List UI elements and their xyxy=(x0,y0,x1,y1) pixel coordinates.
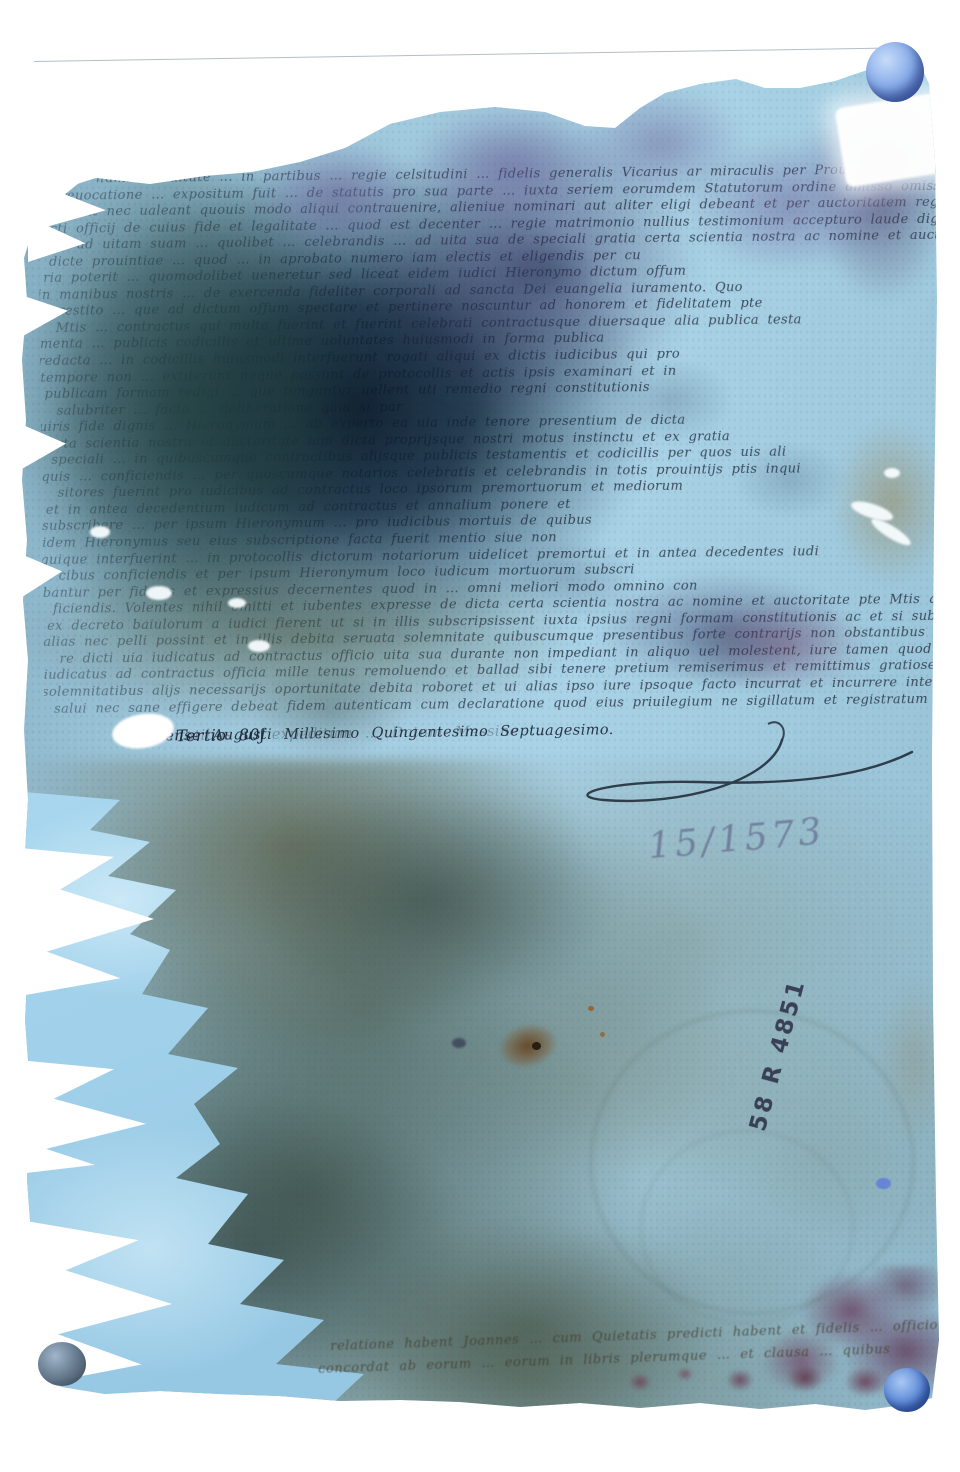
manuscript-line: prestito … que ad dictum offum spectare … xyxy=(50,294,940,321)
manuscript-line: alias nec pelli possint et in illis debi… xyxy=(43,625,943,652)
lower-dark-zone xyxy=(0,760,960,1472)
manuscript-line: sitores fuerint pro iudicibus ad contrac… xyxy=(58,476,942,503)
manuscript-line: Mtis … contractus qui multa fuerint et f… xyxy=(56,311,940,338)
stain-tan-right xyxy=(833,420,948,585)
stain-teal-left xyxy=(16,150,366,670)
dateline-main: Mense Augusti Millesimo Quingentesimo Se… xyxy=(150,721,614,745)
lower-olive-zone xyxy=(0,760,960,1472)
ink-spot xyxy=(588,1006,594,1011)
signature-flourish xyxy=(520,700,920,820)
annotation-folio-number: 15/1573 xyxy=(647,812,827,867)
paper-fleck xyxy=(849,498,895,525)
manuscript-line: humili seruitute … in partibus … regie c… xyxy=(96,162,938,188)
paper-fleck xyxy=(248,640,270,652)
manuscript-line: subscribere … per ipsum Hieronymum … pro… xyxy=(42,509,942,536)
manuscript-line: publicam formam redigi … que tanguntur u… xyxy=(44,377,940,404)
manuscript-line: tempore non … extiterunt neque possunt d… xyxy=(40,360,940,387)
ink-spot xyxy=(452,1038,466,1048)
manuscript-line: cibus conficiendis et per ipsum Hieronym… xyxy=(59,559,943,586)
manuscript-line: salubriter … facta … deliberatione quia … xyxy=(57,393,941,420)
glare-highlight xyxy=(834,92,951,188)
stain-speckle xyxy=(30,150,930,780)
manuscript-line: dicte prouintiae … quod … in aprobato nu… xyxy=(49,245,939,272)
manuscript-line: uiris fide dignis … Hieronymum … ab expe… xyxy=(39,410,941,437)
ink-spot xyxy=(600,1032,605,1037)
stain-mid-blob xyxy=(598,572,848,687)
ink-spot xyxy=(532,1042,541,1050)
manuscript-line: menta … publicis codicillis et ultime uo… xyxy=(40,327,940,354)
manuscript-line: ex decreto baiulorum a iudici fierent ut… xyxy=(47,609,943,636)
cockling-ring xyxy=(590,1010,914,1314)
manuscript-line: ficiendis. Volentes nihil omitti et iube… xyxy=(53,592,943,619)
manuscript-line: redacta … in codicillis huiusmodi interf… xyxy=(38,344,940,371)
manuscript-line: et in antea decedentium iudicum ad contr… xyxy=(46,493,942,520)
stain-mid-blob-2 xyxy=(700,598,870,693)
bright-waterstain-zone xyxy=(0,0,960,1472)
manuscript-line: idem Hieronymus seu eius subscriptione f… xyxy=(42,526,942,553)
stain-violet-top xyxy=(360,118,700,418)
pin-bottom-right xyxy=(884,1368,930,1412)
manuscript-line: in manibus nostris … de exercenda fideli… xyxy=(37,278,939,305)
stain-tan-right-lower xyxy=(878,975,953,1145)
dateline-signature: Tertio 80ʃ xyxy=(176,726,265,745)
manuscript-line: bantur per fideles et expressius decerne… xyxy=(43,575,943,602)
pin-bottom-left xyxy=(38,1342,86,1386)
paper-fleck xyxy=(110,709,177,752)
manuscript-line: dicti officij de cuius fide et legalitat… xyxy=(37,211,939,238)
pin-top-right xyxy=(866,42,924,102)
manuscript-line: et ad uitam suam … quolibet … celebrandi… xyxy=(55,228,939,255)
manuscript-line: et reuocatione … expositum fuit … de sta… xyxy=(38,178,938,205)
stain-purple-right xyxy=(815,78,950,303)
manuscript-text-block: humili seruitute … in partibus … regie c… xyxy=(38,162,944,718)
stain-olive-mid xyxy=(16,540,576,730)
manuscript-line: ria poterit … quomodolibet ueneretur sed… xyxy=(43,261,939,288)
brown-stain xyxy=(494,1017,563,1074)
manuscript-line: certa scientia nostra et auctoritate iam… xyxy=(41,427,941,454)
parchment-grain xyxy=(0,0,960,1472)
paper-fleck xyxy=(884,468,900,478)
annotation-shelfmark: 58 R 4851 xyxy=(737,945,819,1164)
manuscript-line: re dicti uia iudicatus ad contractus off… xyxy=(59,642,943,669)
manuscript-line: quis … conficiendis … per quoscumque not… xyxy=(41,460,941,487)
manuscript-line: quique interfuerint … in protocollis dic… xyxy=(40,542,942,569)
manuscript-line: salui nec sane effigere debeat fidem aut… xyxy=(54,691,944,718)
wine-stain-cluster xyxy=(756,1266,960,1426)
paper-fleck xyxy=(228,598,246,608)
cockling-ring xyxy=(640,1130,854,1324)
paper-fleck xyxy=(90,526,110,538)
manuscript-line: possint nec ualeant quouis modo aliqui c… xyxy=(48,195,938,222)
verso-note-line-2: concordat ab eorum … eorum in libris ple… xyxy=(318,1342,891,1378)
dateline-prefix: mnitatibus … expeditum … Datum Messine … xyxy=(150,722,546,746)
paper-fleck xyxy=(868,515,913,550)
verso-note-line-1: relatione habent Joannes … cum Quietatis… xyxy=(330,1317,960,1355)
uv-photo-stage: humili seruitute … in partibus … regie c… xyxy=(0,0,960,1472)
manuscript-dateline: mnitatibus … expeditum … Datum Messine …… xyxy=(150,716,950,727)
manuscript-line: solemnitatibus alijs necessarijs oportun… xyxy=(42,675,944,702)
manuscript-line: speciali … in quibuscumque contractibus … xyxy=(51,443,941,470)
wine-stain-dots xyxy=(610,1352,930,1404)
stain-core-navy xyxy=(50,158,650,658)
backing-sheet-edge xyxy=(34,47,912,62)
manuscript-line: iudicatus ad contractus officia mille te… xyxy=(44,658,944,685)
parchment: humili seruitute … in partibus … regie c… xyxy=(0,0,960,1472)
stain-purple-band xyxy=(230,55,940,265)
paper-fleck xyxy=(146,586,172,600)
pin-fleck-right xyxy=(876,1178,891,1189)
